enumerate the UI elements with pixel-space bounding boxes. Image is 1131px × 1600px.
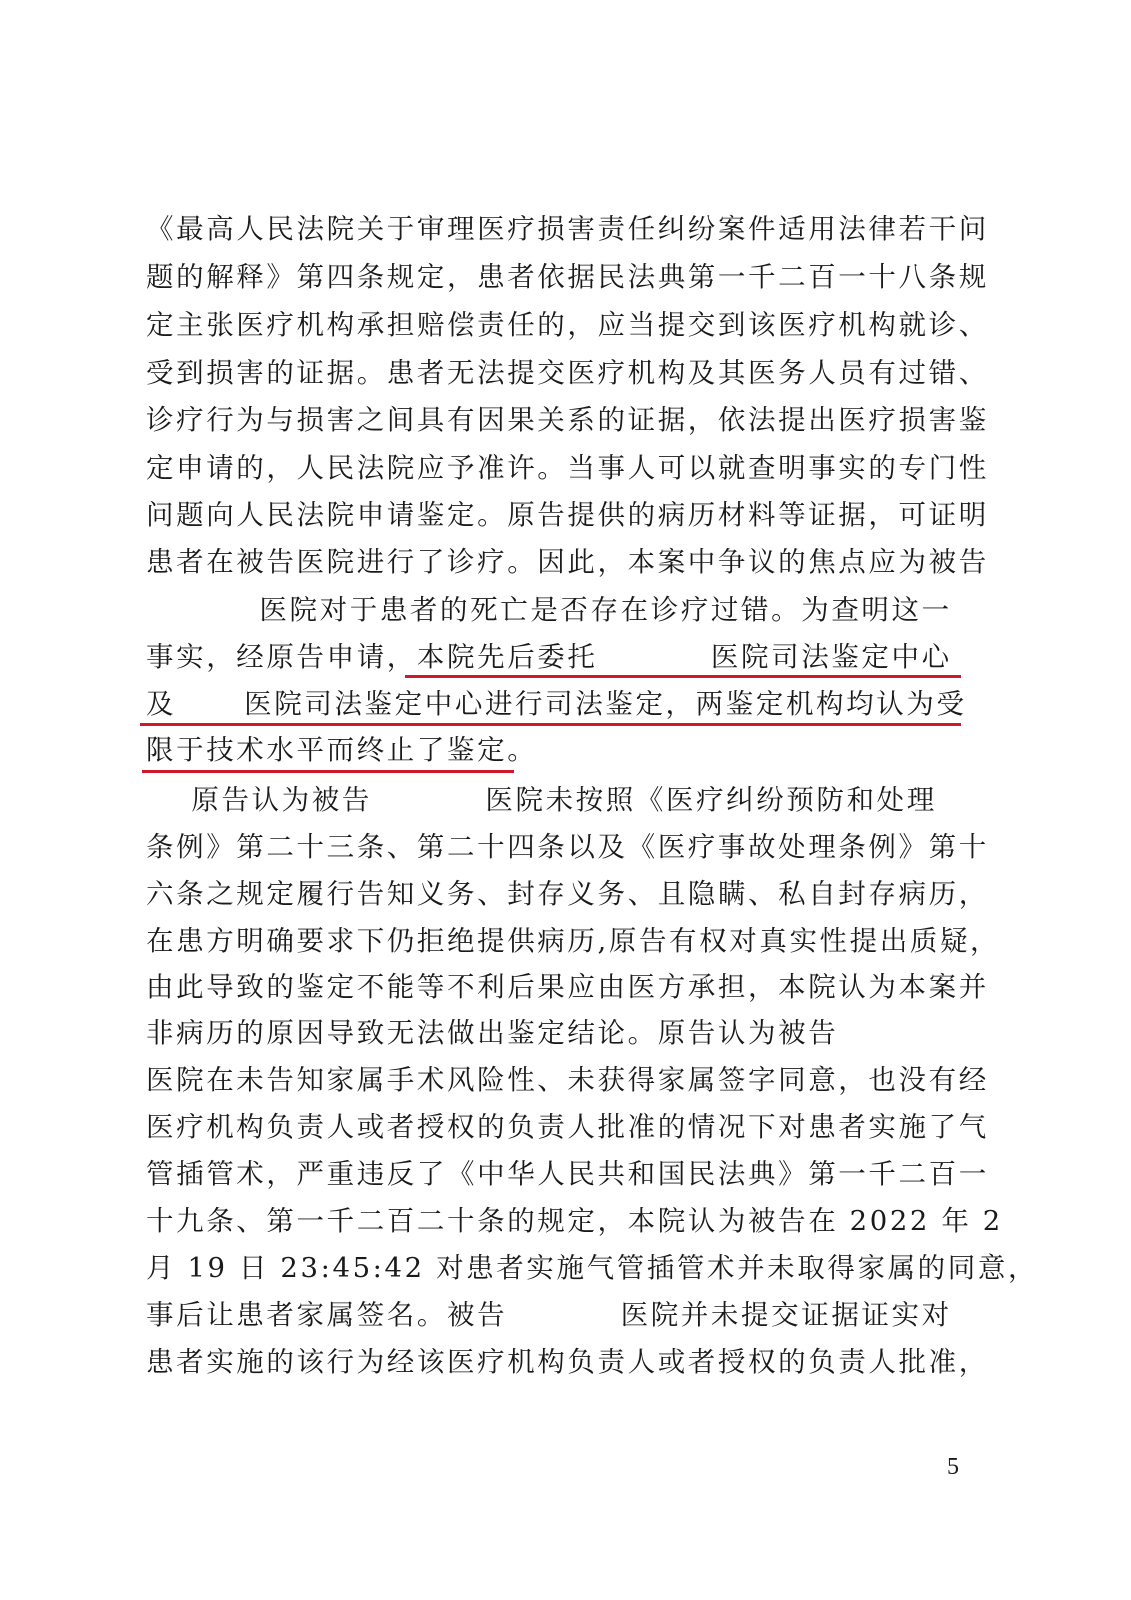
text-line: 诊疗行为与损害之间具有因果关系的证据，依法提出医疗损害鉴 [146, 397, 961, 443]
text-line: 患者在被告医院进行了诊疗。因此，本案中争议的焦点应为被告 [146, 539, 961, 585]
text-line: 十九条、第一千二百二十条的规定，本院认为被告在 2022 年 2 [146, 1198, 961, 1244]
text-line: 题的解释》第四条规定，患者依据民法典第一千二百一十八条规 [146, 254, 961, 300]
red-underline [140, 723, 961, 726]
text-line: 及 医院司法鉴定中心进行司法鉴定，两鉴定机构均认为受 [146, 681, 961, 727]
text-line: 事后让患者家属签名。被告 医院并未提交证据证实对 [146, 1292, 961, 1338]
text-line: 六条之规定履行告知义务、封存义务、且隐瞒、私自封存病历， [146, 871, 961, 917]
text-line: 《最高人民法院关于审理医疗损害责任纠纷案件适用法律若干问 [146, 206, 961, 252]
text-line: 在患方明确要求下仍拒绝提供病历,原告有权对真实性提出质疑， [146, 918, 961, 964]
text-line: 由此导致的鉴定不能等不利后果应由医方承担，本院认为本案并 [146, 964, 961, 1010]
text-line: 原告认为被告 医院未按照《医疗纠纷预防和处理 [146, 777, 961, 823]
document-page: 《最高人民法院关于审理医疗损害责任纠纷案件适用法律若干问 题的解释》第四条规定，… [0, 0, 1131, 1600]
red-underline [142, 770, 514, 773]
text-line: 医疗机构负责人或者授权的负责人批准的情况下对患者实施了气 [146, 1104, 961, 1150]
text-line: 条例》第二十三条、第二十四条以及《医疗事故处理条例》第十 [146, 824, 961, 870]
text-line: 医院对于患者的死亡是否存在诊疗过错。为查明这一 [146, 587, 961, 633]
text-line: 问题向人民法院申请鉴定。原告提供的病历材料等证据，可证明 [146, 492, 961, 538]
text-line: 定主张医疗机构承担赔偿责任的，应当提交到该医疗机构就诊、 [146, 302, 961, 348]
page-number: 5 [947, 1454, 959, 1481]
text-line: 非病历的原因导致无法做出鉴定结论。原告认为被告 [146, 1010, 961, 1056]
text-line: 患者实施的该行为经该医疗机构负责人或者授权的负责人批准， [146, 1339, 961, 1385]
text-line: 受到损害的证据。患者无法提交医疗机构及其医务人员有过错、 [146, 350, 961, 396]
red-underline [405, 675, 961, 678]
text-line: 限于技术水平而终止了鉴定。 [146, 727, 961, 773]
text-line: 管插管术，严重违反了《中华人民共和国民法典》第一千二百一 [146, 1151, 961, 1197]
text-line: 月 19 日 23:45:42 对患者实施气管插管术并未取得家属的同意， [146, 1245, 961, 1291]
text-line: 定申请的，人民法院应予准许。当事人可以就查明事实的专门性 [146, 445, 961, 491]
text-line: 医院在未告知家属手术风险性、未获得家属签字同意，也没有经 [146, 1057, 961, 1103]
text-line: 事实，经原告申请，本院先后委托 医院司法鉴定中心 [146, 634, 961, 680]
